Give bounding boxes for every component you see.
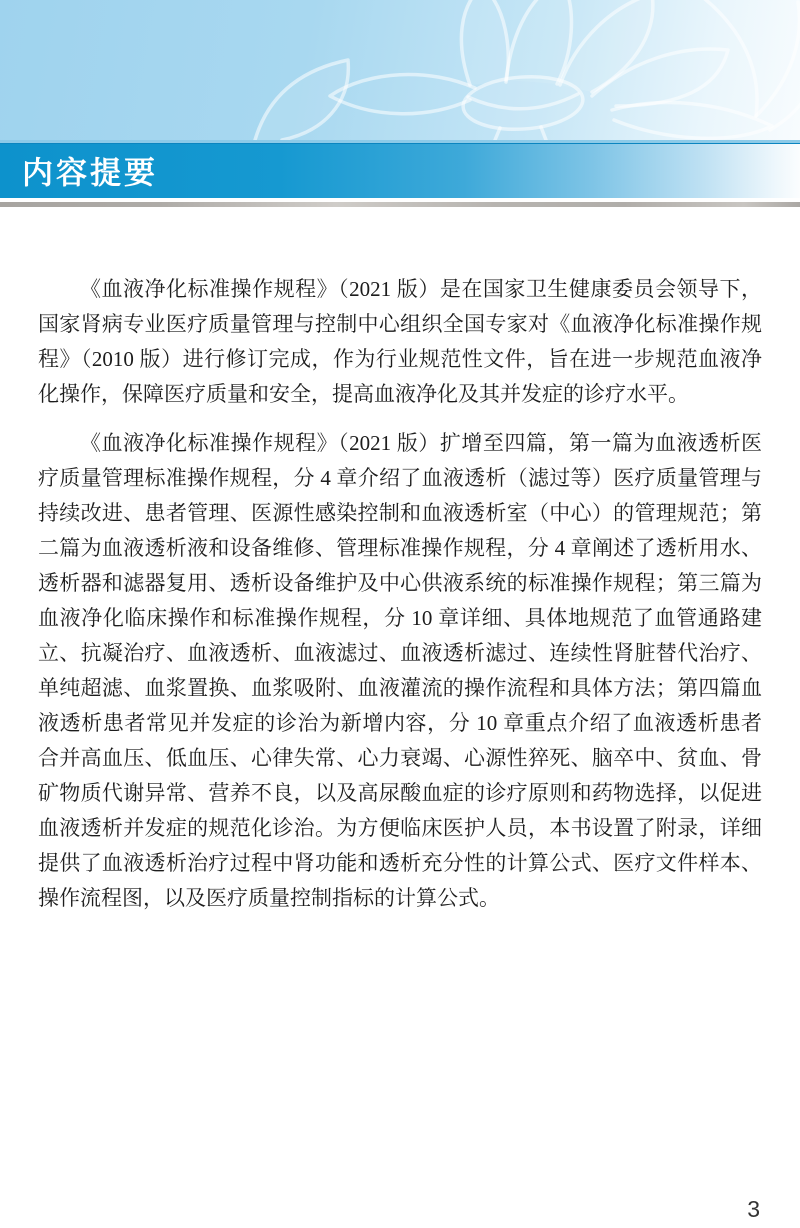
header-band	[0, 0, 800, 143]
section-title-banner: 内容提要	[0, 143, 800, 198]
page-number: 3	[747, 1196, 760, 1223]
book-page: 内容提要 《血液净化标准操作规程》（2021 版）是在国家卫生健康委员会领导下，…	[0, 0, 800, 1228]
lotus-icon	[0, 0, 800, 140]
summary-text-block: 《血液净化标准操作规程》（2021 版）是在国家卫生健康委员会领导下，国家肾病专…	[0, 272, 800, 916]
summary-paragraph-2: 《血液净化标准操作规程》（2021 版）扩增至四篇，第一篇为血液透析医疗质量管理…	[38, 426, 762, 916]
separator-strip	[0, 202, 800, 207]
section-title: 内容提要	[22, 148, 158, 193]
summary-paragraph-1: 《血液净化标准操作规程》（2021 版）是在国家卫生健康委员会领导下，国家肾病专…	[38, 272, 762, 412]
